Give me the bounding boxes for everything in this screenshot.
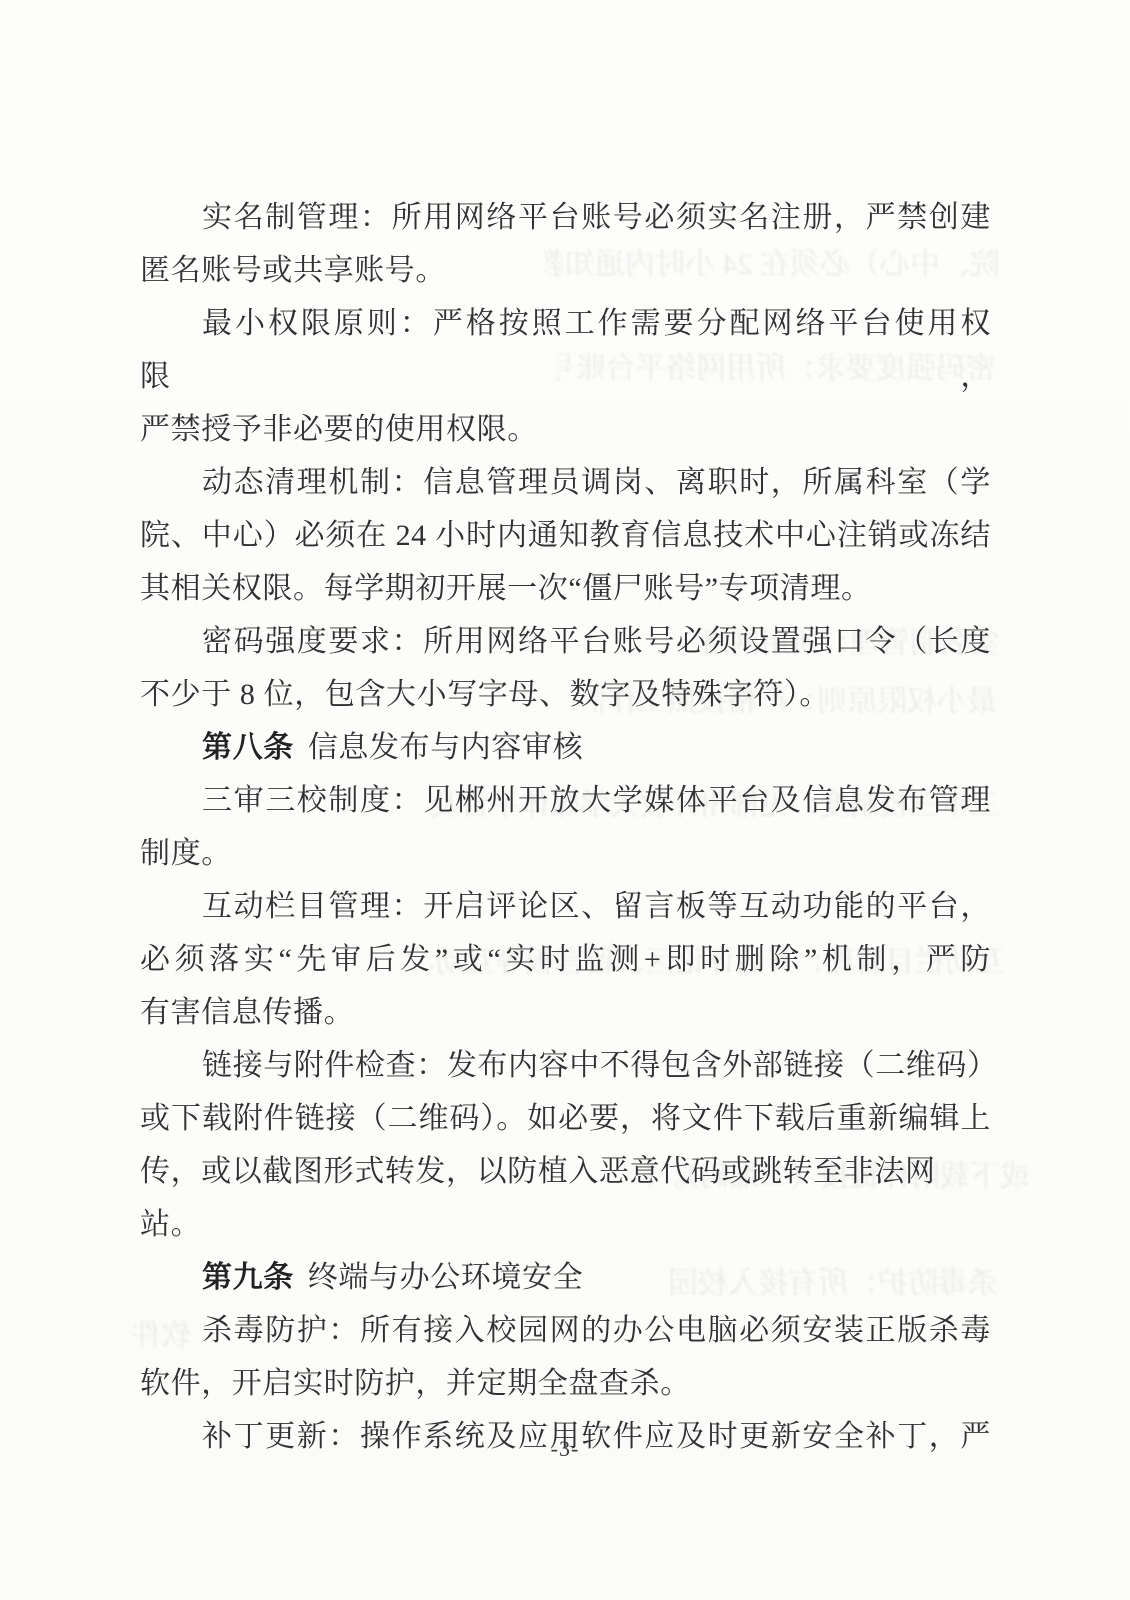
page-footer: -3- xyxy=(0,1436,1130,1462)
article-heading: 第八条信息发布与内容审核 xyxy=(140,721,991,774)
text-line: 三审三校制度：见郴州开放大学媒体平台及信息发布管理 xyxy=(140,774,991,827)
text-line: 实名制管理：所用网络平台账号必须实名注册，严禁创建 xyxy=(140,191,991,244)
text-line: 软件，开启实时防护，并定期全盘查杀。 xyxy=(140,1357,991,1410)
text-line: 杀毒防护：所有接入校园网的办公电脑必须安装正版杀毒 xyxy=(140,1304,991,1357)
text-line: 不少于 8 位，包含大小写字母、数字及特殊字符）。 xyxy=(140,668,991,721)
document-body: 实名制管理：所用网络平台账号必须实名注册，严禁创建匿名账号或共享账号。最小权限原… xyxy=(140,191,991,1463)
article-title: 信息发布与内容审核 xyxy=(308,731,583,764)
text-line: 动态清理机制：信息管理员调岗、离职时，所属科室（学 xyxy=(140,456,991,509)
article-heading: 第九条终端与办公环境安全 xyxy=(140,1251,991,1304)
text-line: 或下载附件链接（二维码）。如必要，将文件下载后重新编辑上 xyxy=(140,1092,991,1145)
text-line: 密码强度要求：所用网络平台账号必须设置强口令（长度 xyxy=(140,615,991,668)
text-line: 严禁授予非必要的使用权限。 xyxy=(140,403,991,456)
page-number: -3- xyxy=(551,1436,580,1461)
text-line: 传，或以截图形式转发，以防植入恶意代码或跳转至非法网站。 xyxy=(140,1145,991,1251)
text-line: 最小权限原则：严格按照工作需要分配网络平台使用权限， xyxy=(140,297,991,403)
text-line: 其相关权限。每学期初开展一次“僵尸账号”专项清理。 xyxy=(140,562,991,615)
text-line: 有害信息传播。 xyxy=(140,986,991,1039)
text-line: 院、中心）必须在 24 小时内通知教育信息技术中心注销或冻结 xyxy=(140,509,991,562)
article-title: 终端与办公环境安全 xyxy=(308,1261,583,1294)
text-line: 互动栏目管理：开启评论区、留言板等互动功能的平台， xyxy=(140,880,991,933)
text-line: 制度。 xyxy=(140,827,991,880)
document-page: 院、中心）必须在 24 小时内通知教育信息技术中心注销或冻结密码强度要求：所用网… xyxy=(0,0,1130,1600)
text-line: 匿名账号或共享账号。 xyxy=(140,244,991,297)
text-line: 必须落实“先审后发”或“实时监测+即时删除”机制，严防 xyxy=(140,933,991,986)
article-number: 第九条 xyxy=(202,1261,294,1294)
article-number: 第八条 xyxy=(202,731,294,764)
text-line: 链接与附件检查：发布内容中不得包含外部链接（二维码） xyxy=(140,1039,991,1092)
